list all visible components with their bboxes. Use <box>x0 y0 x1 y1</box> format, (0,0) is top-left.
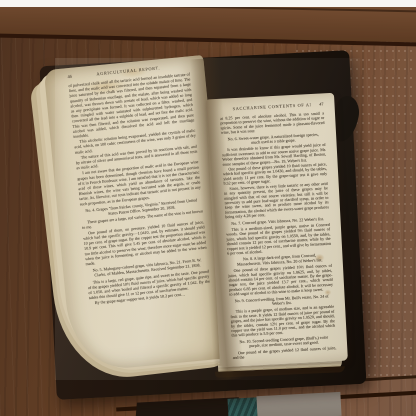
right-page-text: at 8.25 per cent. of absolute alcohol. T… <box>220 111 337 360</box>
background-teal-object <box>227 397 260 416</box>
head-spacer <box>220 110 233 111</box>
floor-patch <box>256 392 341 416</box>
left-page: 46 Agricultural Report. of pulverized ch… <box>44 55 232 373</box>
right-page-content: Saccharine Contents of American Grapes. … <box>206 93 348 367</box>
paragraph: Since, however, there is very little tar… <box>224 181 330 219</box>
head-spacer <box>176 66 189 67</box>
right-page-number: 47 <box>310 101 323 107</box>
left-page-content: 46 Agricultural Report. of pulverized ch… <box>44 55 232 373</box>
right-running-head-title: Saccharine Contents of American Grapes. <box>232 102 310 111</box>
paragraph: This is a medium-sized, purple grape, na… <box>226 222 331 256</box>
paragraph: This is a purple grape, of medium size, … <box>230 304 335 338</box>
right-running-head: Saccharine Contents of American Grapes. … <box>219 101 323 111</box>
photo-scene: 46 Agricultural Report. of pulverized ch… <box>0 0 416 416</box>
left-page-number: 46 <box>67 73 80 79</box>
left-page-text: of pulverized chalk until all the tartar… <box>68 72 211 306</box>
right-page: Saccharine Contents of American Grapes. … <box>206 93 348 367</box>
paragraph: One pound of these grapes yielded 10½ fl… <box>228 263 333 297</box>
image-top-margin <box>0 0 416 7</box>
